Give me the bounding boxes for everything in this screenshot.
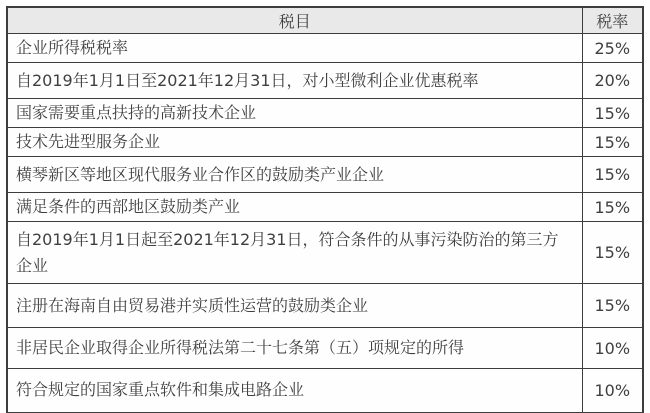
tax-rate-cell: 15% <box>582 222 643 284</box>
table-row: 自2019年1月1日至2021年12月31日，对小型微利企业优惠税率 20% <box>7 63 643 99</box>
tax-rate-cell: 25% <box>582 34 643 63</box>
tax-item-cell: 自2019年1月1日至2021年12月31日，对小型微利企业优惠税率 <box>7 63 582 99</box>
table-row: 国家需要重点扶持的高新技术企业 15% <box>7 99 643 128</box>
tax-rate-cell: 15% <box>582 284 643 328</box>
tax-item-cell: 自2019年1月1日起至2021年12月31日，符合条件的从事污染防治的第三方企… <box>7 222 582 284</box>
table-row: 企业所得税税率 25% <box>7 34 643 63</box>
tax-item-cell: 技术先进型服务企业 <box>7 128 582 157</box>
table-row: 满足条件的西部地区鼓励类产业 15% <box>7 193 643 222</box>
tax-rate-cell: 15% <box>582 128 643 157</box>
tax-item-cell: 非居民企业取得企业所得税法第二十七条第（五）项规定的所得 <box>7 328 582 369</box>
tax-rate-cell: 15% <box>582 99 643 128</box>
tax-rate-table: 税目 税率 企业所得税税率 25% 自2019年1月1日至2021年12月31日… <box>6 6 644 413</box>
table-row: 技术先进型服务企业 15% <box>7 128 643 157</box>
column-header-tax-rate: 税率 <box>582 7 643 34</box>
tax-rate-cell: 15% <box>582 157 643 193</box>
table-row: 非居民企业取得企业所得税法第二十七条第（五）项规定的所得 10% <box>7 328 643 369</box>
table-row: 符合规定的国家重点软件和集成电路企业 10% <box>7 369 643 413</box>
table-row: 自2019年1月1日起至2021年12月31日，符合条件的从事污染防治的第三方企… <box>7 222 643 284</box>
table-row: 横琴新区等地区现代服务业合作区的鼓励类产业企业 15% <box>7 157 643 193</box>
tax-rate-screenshot: 税目 税率 企业所得税税率 25% 自2019年1月1日至2021年12月31日… <box>0 0 650 413</box>
tax-item-cell: 满足条件的西部地区鼓励类产业 <box>7 193 582 222</box>
tax-rate-cell: 10% <box>582 369 643 413</box>
tax-item-cell: 横琴新区等地区现代服务业合作区的鼓励类产业企业 <box>7 157 582 193</box>
tax-item-cell: 符合规定的国家重点软件和集成电路企业 <box>7 369 582 413</box>
tax-item-cell: 国家需要重点扶持的高新技术企业 <box>7 99 582 128</box>
tax-item-cell: 企业所得税税率 <box>7 34 582 63</box>
tax-item-cell: 注册在海南自由贸易港并实质性运营的鼓励类企业 <box>7 284 582 328</box>
column-header-tax-item: 税目 <box>7 7 582 34</box>
table-row: 注册在海南自由贸易港并实质性运营的鼓励类企业 15% <box>7 284 643 328</box>
tax-rate-cell: 20% <box>582 63 643 99</box>
tax-rate-cell: 15% <box>582 193 643 222</box>
tax-rate-cell: 10% <box>582 328 643 369</box>
table-header-row: 税目 税率 <box>7 7 643 34</box>
